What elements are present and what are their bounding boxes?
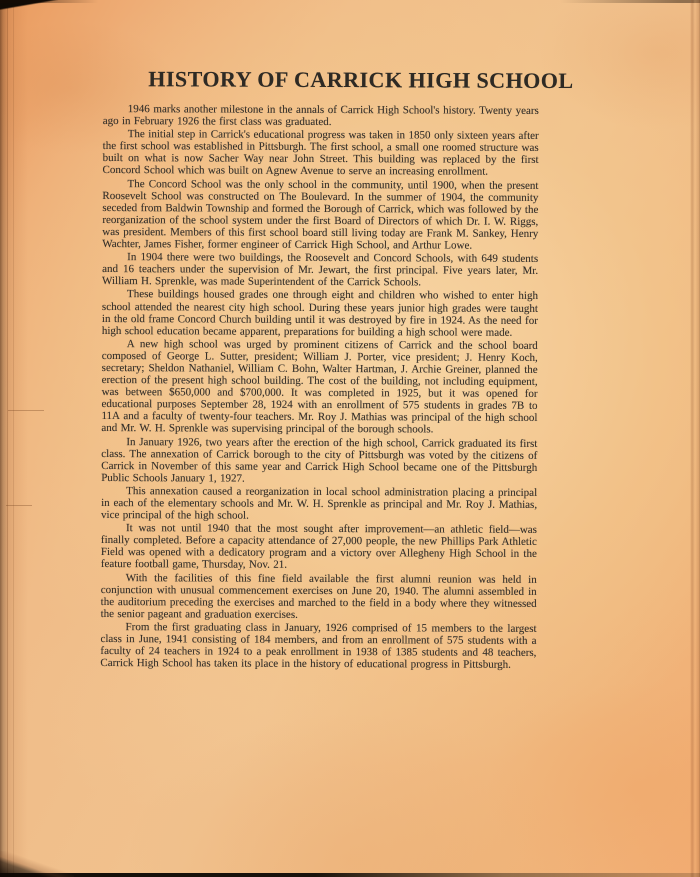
scanned-page: HISTORY OF CARRICK HIGH SCHOOL 1946 mark… <box>0 0 700 877</box>
book-binding-shadow <box>0 0 30 877</box>
page-title: HISTORY OF CARRICK HIGH SCHOOL <box>143 66 579 94</box>
body-paragraph: 1946 marks another milestone in the anna… <box>103 103 539 129</box>
binding-crease-line <box>7 0 8 877</box>
page-edge-top <box>0 0 700 3</box>
body-paragraph: From the first graduating class in Janua… <box>100 621 536 671</box>
body-paragraph: It was not until 1940 that the most soug… <box>101 522 537 572</box>
page-content: HISTORY OF CARRICK HIGH SCHOOL 1946 mark… <box>100 66 539 672</box>
body-paragraph: A new high school was urged by prominent… <box>101 338 537 437</box>
page-edge-corner-top-left <box>0 0 58 10</box>
body-paragraph: In 1904 there were two buildings, the Ro… <box>102 251 538 289</box>
body-paragraph: With the facilities of this fine field a… <box>101 572 537 622</box>
page-edge-bottom <box>0 873 700 877</box>
body-paragraph: This annexation caused a reorganization … <box>101 485 537 523</box>
binding-crease-line <box>13 0 14 877</box>
body-paragraph: The Concord School was the only school i… <box>102 178 538 252</box>
page-edge-corner-bottom-left <box>0 851 74 877</box>
paper-crease-mark <box>8 410 44 411</box>
paper-crease-mark <box>6 505 32 506</box>
body-paragraph: The initial step in Carrick's educationa… <box>103 128 539 178</box>
page-edge-right <box>690 0 700 877</box>
body-paragraph: In January 1926, two years after the ere… <box>101 436 537 486</box>
body-paragraph: These buildings housed grades one throug… <box>102 288 538 338</box>
